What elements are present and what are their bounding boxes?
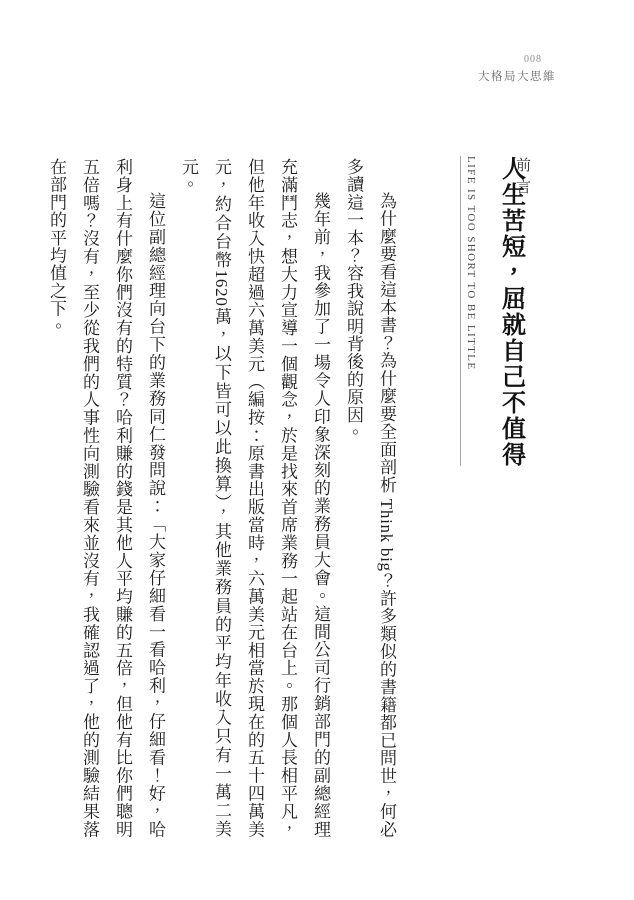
body-text: 為什麼要看這本書？為什麼要全面剖析 Think big？許多類似的書籍都已問世，…: [40, 158, 403, 838]
running-header: 008 大格局大思維: [0, 55, 556, 84]
book-title: 大格局大思維: [0, 72, 556, 84]
paragraph: 這位副總經理向台下的業務同仁發問說：「大家仔細看一看哈利，仔細看！好，哈利身上有…: [40, 158, 172, 838]
book-page: 008 大格局大思維 前言 人生苦短，屈就自己不值得 LIFE IS TOO S…: [0, 0, 634, 900]
title-rule-divider: [460, 156, 461, 466]
paragraph: 幾年前，我參加了一場令人印象深刻的業務員大會。這間公司行銷部門的副總經理充滿鬥志…: [172, 158, 337, 838]
chapter-subtitle-english: LIFE IS TOO SHORT TO BE LITTLE: [465, 156, 476, 371]
chapter-title: 人生苦短，屈就自己不值得: [494, 156, 526, 468]
page-number: 008: [0, 55, 556, 65]
paragraph: 為什麼要看這本書？為什麼要全面剖析 Think big？許多類似的書籍都已問世，…: [337, 158, 403, 838]
